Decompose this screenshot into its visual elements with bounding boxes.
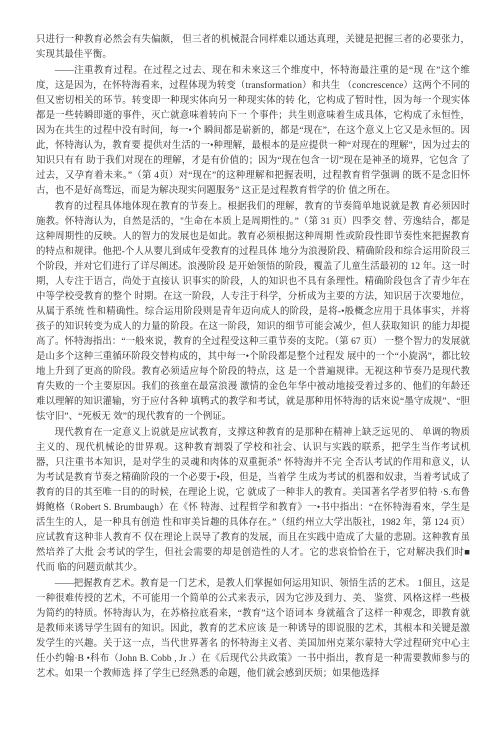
paragraph-process-of-education: ——注重教育过程。在过程之过去、现在和未來这三个维度中，怀特海最注重的是“现 在… xyxy=(36,64,470,199)
paragraph-rhythm-of-education: 教育的过程具体地体现在教育的节奏上。根据我们的理解，教育的节奏简单地说就是教 育… xyxy=(36,200,470,425)
paragraph-exam-oriented-education: 现代教育在一定意义上说就是应试教育，支撑这种教育的是那种在精神上缺乏远见的、 单… xyxy=(36,426,470,576)
paragraph-art-of-education: ——把握教育艺术。教育是一门艺术，是教人们掌握如何运用知识、领悟生活的艺术。 1… xyxy=(36,577,470,682)
paragraph-continuation: 只进行一种教育必然会有失偏颇， 但三者的机械混合同样难以通达真理，关键是把握三者… xyxy=(36,33,470,63)
document-page: 只进行一种教育必然会有失偏颇， 但三者的机械混合同样难以通达真理，关键是把握三者… xyxy=(0,0,500,739)
